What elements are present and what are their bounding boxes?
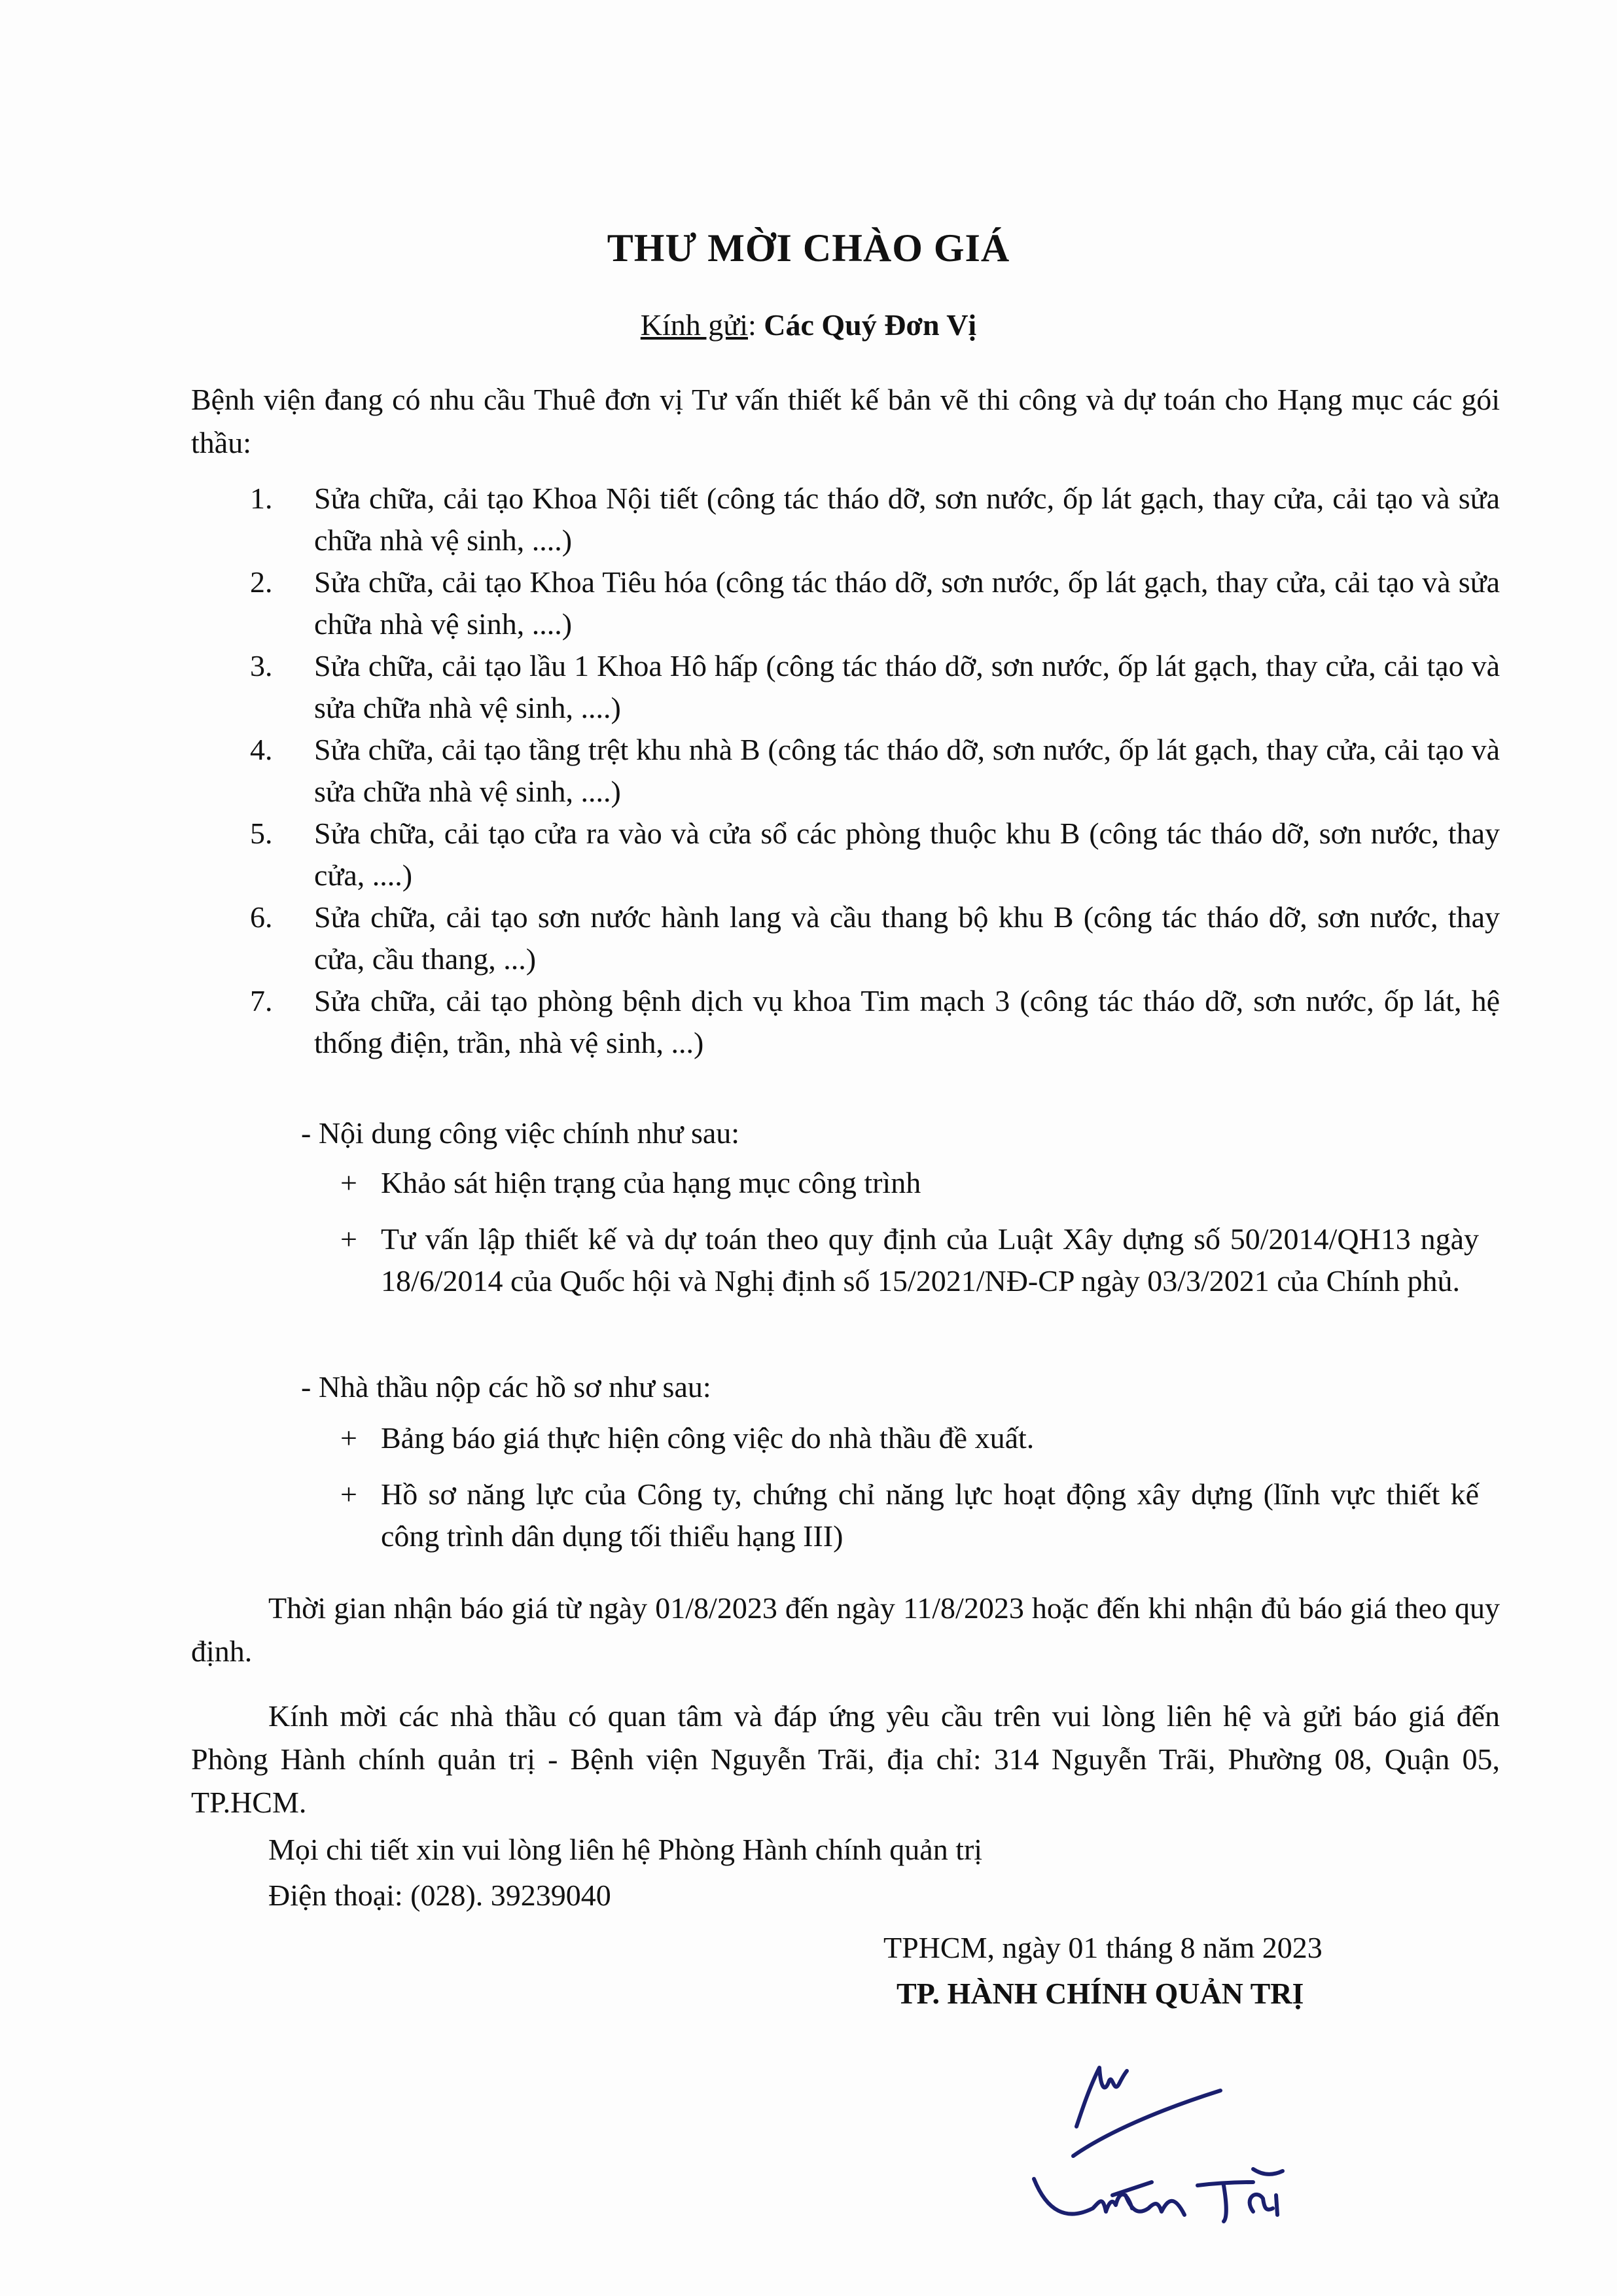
plus-bullet: + [340,1162,357,1204]
package-number: 2. [250,561,273,603]
package-number: 5. [250,813,273,855]
package-item: 6.Sửa chữa, cải tạo sơn nước hành lang v… [250,896,1500,980]
package-number: 1. [250,478,273,520]
place-date: TPHCM, ngày 01 tháng 8 năm 2023 [883,1930,1323,1965]
invitation-paragraph: Kính mời các nhà thầu có quan tâm và đáp… [191,1695,1500,1824]
package-text: Sửa chữa, cải tạo Khoa Nội tiết (công tá… [314,482,1500,557]
plus-bullet: + [340,1218,357,1260]
plus-bullet: + [340,1417,357,1459]
package-item: 1.Sửa chữa, cải tạo Khoa Nội tiết (công … [250,478,1500,561]
contact-line: Mọi chi tiết xin vui lòng liên hệ Phòng … [268,1832,982,1867]
package-list: 1.Sửa chữa, cải tạo Khoa Nội tiết (công … [250,478,1500,1064]
submission-heading: - Nhà thầu nộp các hồ sơ như sau: [301,1366,711,1408]
salutation-separator: : [748,308,764,342]
submission-text: Hồ sơ năng lực của Công ty, chứng chỉ nă… [381,1474,1479,1557]
package-number: 7. [250,980,273,1022]
package-item: 3.Sửa chữa, cải tạo lầu 1 Khoa Hô hấp (c… [250,645,1500,729]
work-scope-item: + Tư vấn lập thiết kế và dự toán theo qu… [340,1218,1479,1302]
salutation-recipient: Các Quý Đơn Vị [764,308,976,342]
plus-bullet: + [340,1474,357,1515]
document-title: THƯ MỜI CHÀO GIÁ [0,226,1617,271]
submission-item: + Hồ sơ năng lực của Công ty, chứng chỉ … [340,1474,1479,1557]
work-scope-heading: - Nội dung công việc chính như sau: [301,1112,739,1154]
package-text: Sửa chữa, cải tạo lầu 1 Khoa Hô hấp (côn… [314,649,1500,724]
salutation: Kính gửi: Các Quý Đơn Vị [0,308,1617,342]
package-text: Sửa chữa, cải tạo Khoa Tiêu hóa (công tá… [314,565,1500,641]
signature-icon [1027,2048,1381,2238]
package-text: Sửa chữa, cải tạo cửa ra vào và cửa sổ c… [314,817,1500,892]
submission-text: Bảng báo giá thực hiện công việc do nhà … [381,1417,1479,1459]
package-number: 6. [250,896,273,938]
package-item: 5.Sửa chữa, cải tạo cửa ra vào và cửa sổ… [250,813,1500,896]
package-text: Sửa chữa, cải tạo tầng trệt khu nhà B (c… [314,733,1500,808]
package-item: 7.Sửa chữa, cải tạo phòng bệnh dịch vụ k… [250,980,1500,1064]
deadline-paragraph: Thời gian nhận báo giá từ ngày 01/8/2023… [191,1587,1500,1673]
work-scope-item: + Khảo sát hiện trạng của hạng mục công … [340,1162,1479,1204]
package-number: 4. [250,729,273,771]
phone-line: Điện thoại: (028). 39239040 [268,1878,611,1913]
signer-title: TP. HÀNH CHÍNH QUẢN TRỊ [897,1976,1304,2011]
package-text: Sửa chữa, cải tạo sơn nước hành lang và … [314,900,1500,976]
work-scope-text: Khảo sát hiện trạng của hạng mục công tr… [381,1162,1479,1204]
package-text: Sửa chữa, cải tạo phòng bệnh dịch vụ kho… [314,984,1500,1059]
submission-item: + Bảng báo giá thực hiện công việc do nh… [340,1417,1479,1459]
intro-paragraph: Bệnh viện đang có nhu cầu Thuê đơn vị Tư… [191,378,1500,465]
package-number: 3. [250,645,273,687]
package-item: 2.Sửa chữa, cải tạo Khoa Tiêu hóa (công … [250,561,1500,645]
work-scope-text: Tư vấn lập thiết kế và dự toán theo quy … [381,1218,1479,1302]
package-item: 4.Sửa chữa, cải tạo tầng trệt khu nhà B … [250,729,1500,813]
salutation-label: Kính gửi [641,308,748,342]
